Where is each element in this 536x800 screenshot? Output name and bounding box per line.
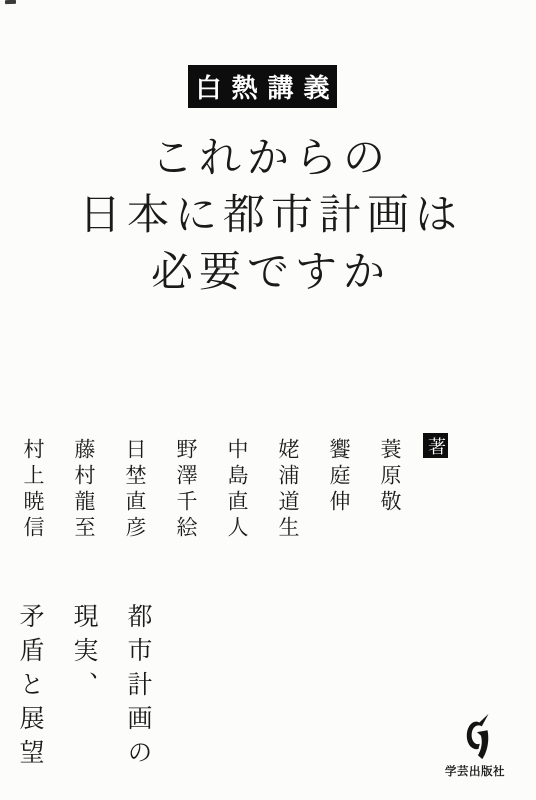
series-badge: 白熱講義 <box>188 65 337 108</box>
author-name-8: 村上暁信 <box>18 433 48 563</box>
author-name-2: 饗庭伸 <box>324 433 354 563</box>
author-name-1: 蓑原敬 <box>375 433 405 563</box>
author-name-6: 日埜直彦 <box>120 433 150 563</box>
publisher-g-logo-icon <box>462 712 489 760</box>
scan-artifact-mark <box>5 0 16 4</box>
tagline-block: 都市計画の 現実、 矛盾と展望 <box>0 603 155 800</box>
authors-block: 著 蓑原敬 饗庭伸 姥浦道生 中島直人 野澤千絵 日埜直彦 藤村龍至 村上暁信 <box>0 433 448 563</box>
tagline-column-3: 矛盾と展望 <box>11 603 47 800</box>
book-title-line-1: これからの <box>0 131 536 188</box>
author-name-5: 野澤千絵 <box>171 433 201 563</box>
series-badge-label: 白熱講義 <box>186 68 340 105</box>
tagline-column-1: 都市計画の <box>119 603 155 800</box>
book-title-line-2: 日本に都市計画は <box>0 188 536 245</box>
author-name-7: 藤村龍至 <box>69 433 99 563</box>
book-title: これからの 日本に都市計画は 必要ですか <box>0 131 536 302</box>
tagline-column-2: 現実、 <box>65 603 101 800</box>
book-title-line-3: 必要ですか <box>0 245 536 302</box>
book-cover: 白熱講義 これからの 日本に都市計画は 必要ですか 著 蓑原敬 饗庭伸 姥浦道生… <box>0 0 536 800</box>
publisher-block: 学芸出版社 <box>445 712 505 779</box>
publisher-name: 学芸出版社 <box>445 763 505 779</box>
author-role-badge: 著 <box>423 433 448 458</box>
author-name-3: 姥浦道生 <box>273 433 303 563</box>
author-name-4: 中島直人 <box>222 433 252 563</box>
